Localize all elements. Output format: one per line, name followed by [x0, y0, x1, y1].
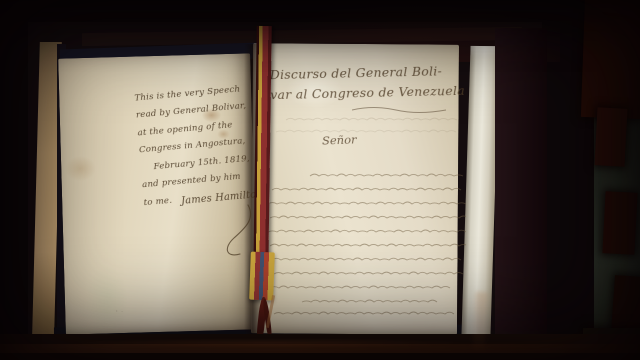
ribbon-tricolor-band: [249, 252, 275, 301]
wood-slat: [602, 191, 637, 255]
shelf-ledge-bottom: [0, 353, 640, 360]
wood-slat: [581, 0, 640, 119]
case-frame-right: [495, 28, 547, 346]
manuscript-title: Discurso del General Boli- var al Congre…: [270, 61, 463, 104]
inscription-closing: to me.: [143, 196, 172, 208]
pencil-marks: : .: [116, 309, 126, 319]
manuscript-body-lines: [266, 112, 466, 327]
wood-slat: [595, 107, 628, 166]
ledge-light-reflection: [70, 338, 470, 348]
hamilton-inscription: This is the very Speech read by General …: [134, 80, 268, 213]
wood-slat: [611, 275, 640, 335]
display-case-photo: This is the very Speech read by General …: [0, 0, 640, 360]
